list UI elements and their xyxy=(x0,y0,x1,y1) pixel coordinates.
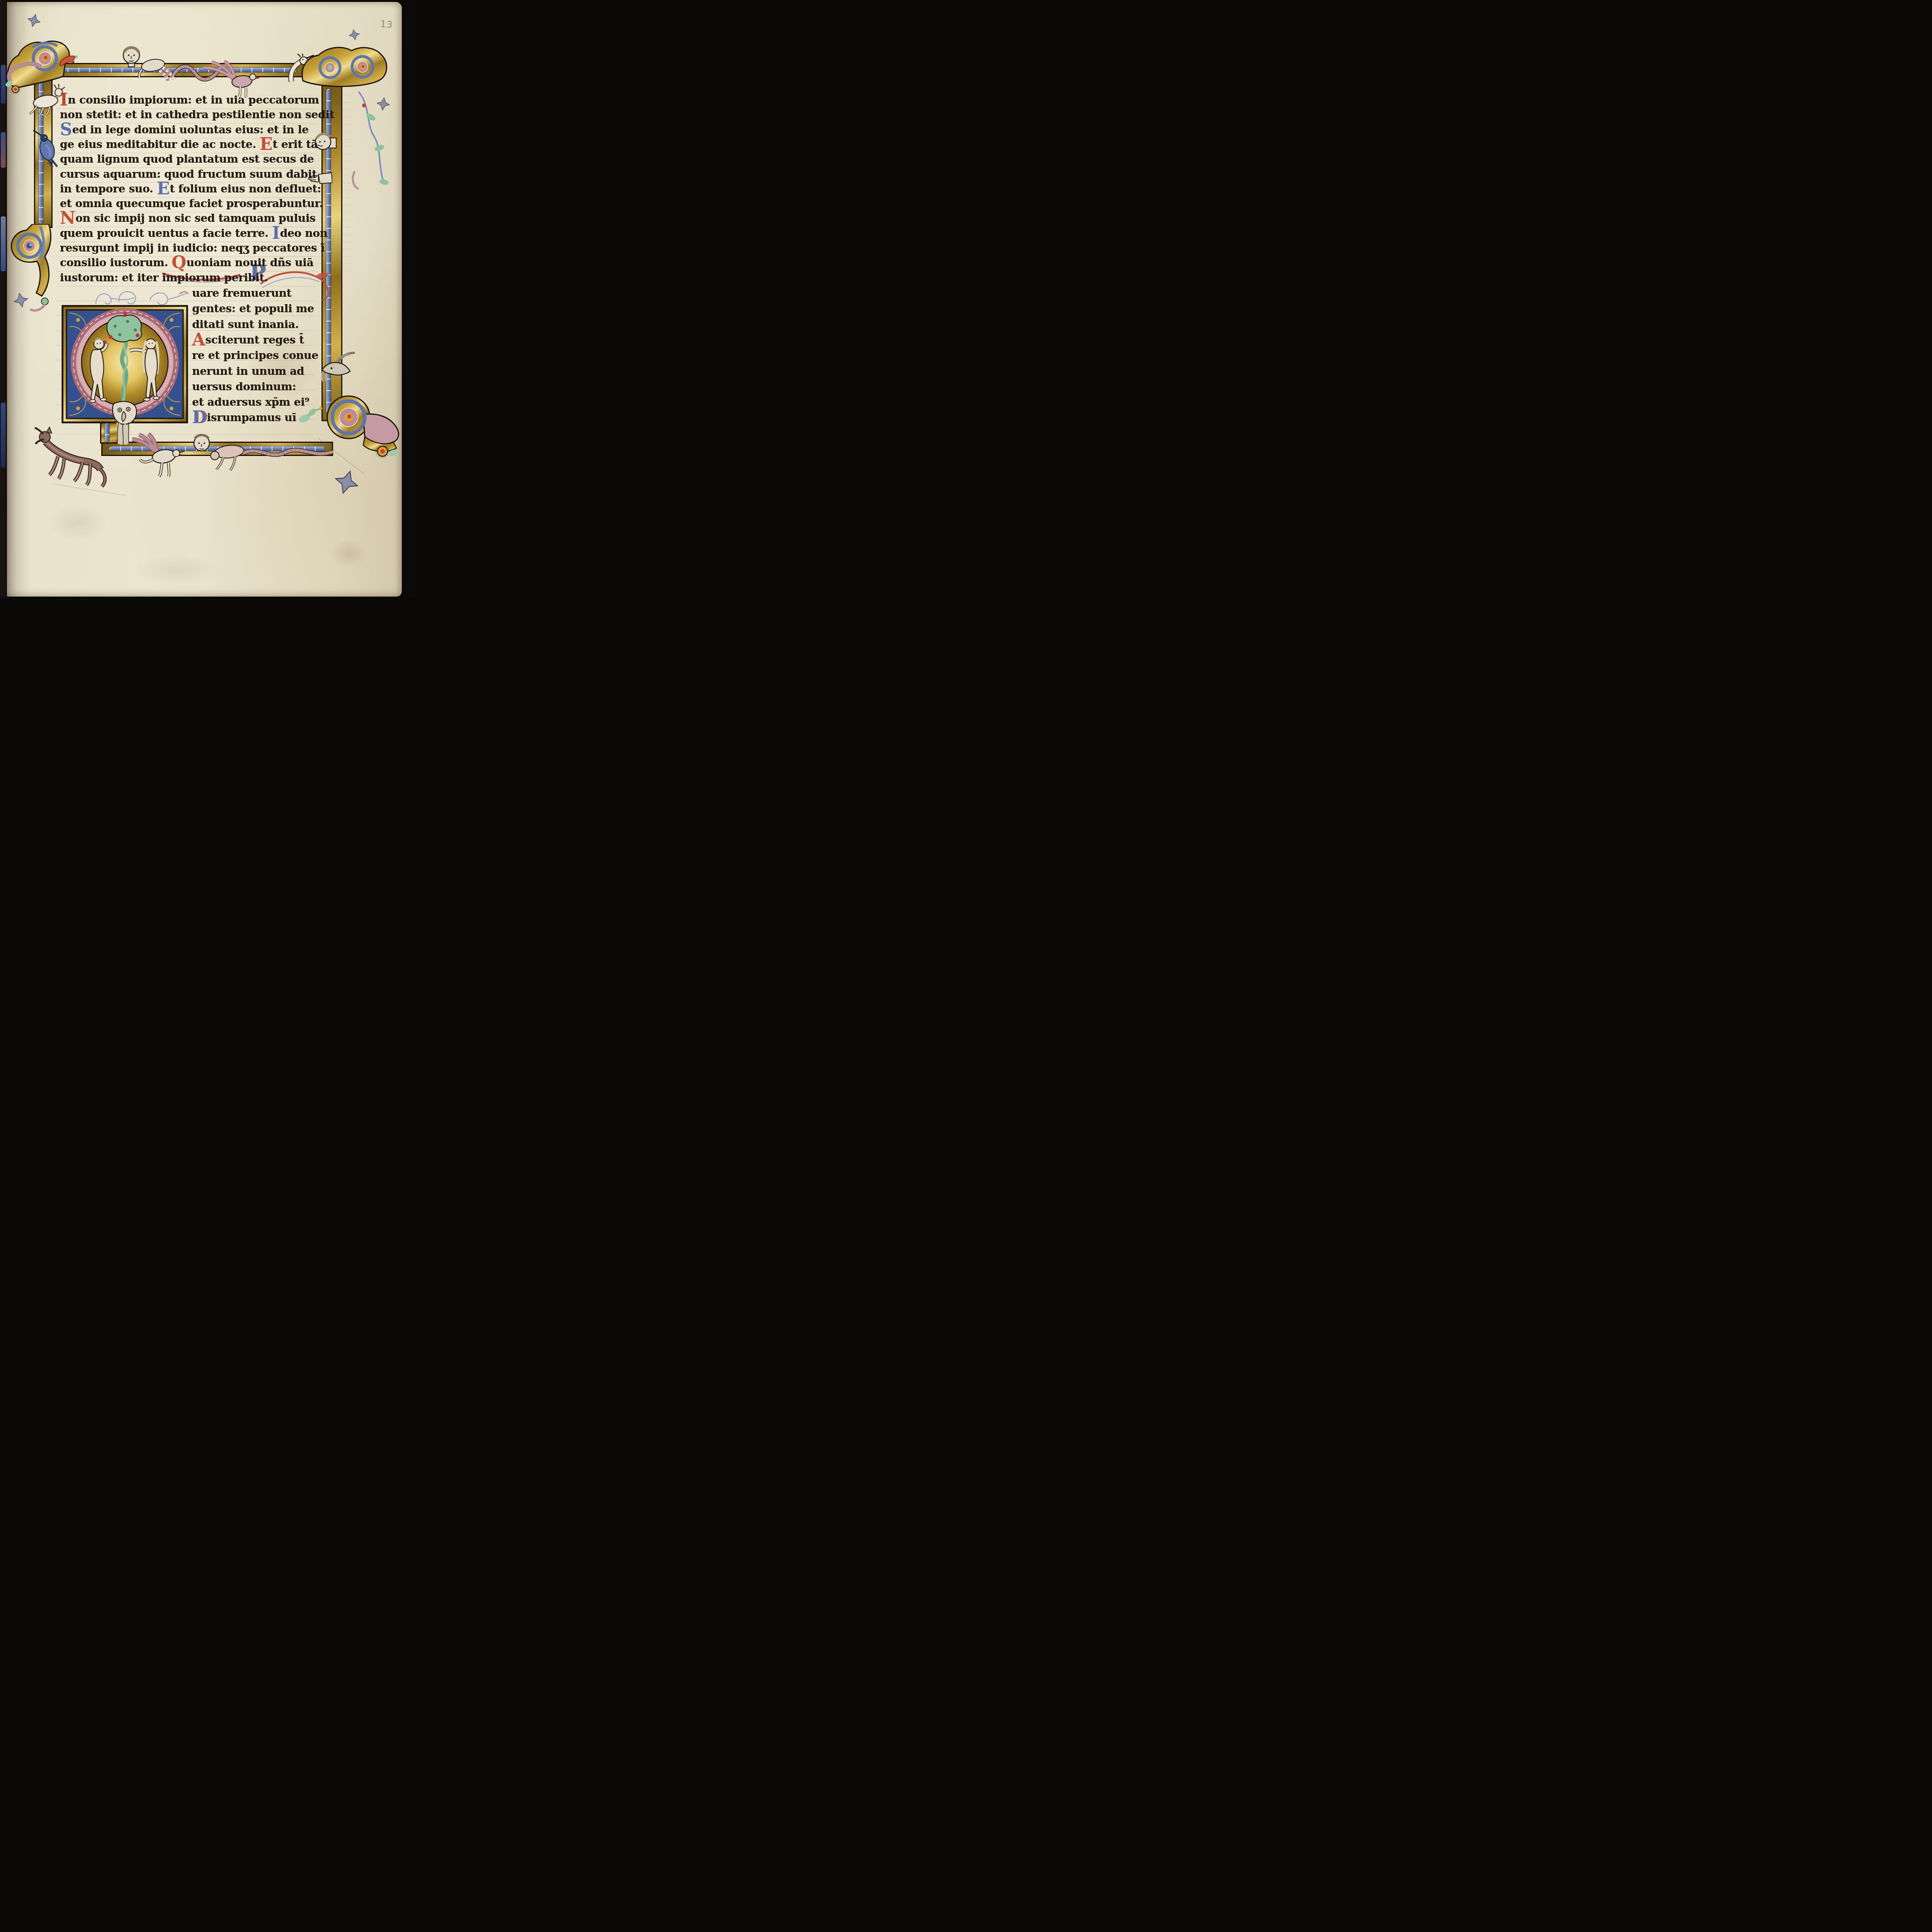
text-line: resurgunt impij in iudicio: neqʒ peccato… xyxy=(60,241,325,256)
right-border-vine xyxy=(347,90,389,192)
text-line: re et principes conue xyxy=(192,349,318,364)
text-line: quam lignum quod plantatum est secus de xyxy=(60,153,314,167)
corner-vines xyxy=(70,313,180,415)
adam-figure xyxy=(90,338,107,403)
star-leaf xyxy=(334,469,359,495)
facing-illumination-fragment xyxy=(1,216,6,271)
facing-illumination-fragment xyxy=(1,65,6,104)
tree-of-knowledge-and-serpent xyxy=(107,312,142,403)
text-line: ge eius meditabitur die ac nocte. Et eri… xyxy=(60,138,318,153)
facing-illumination-fragment xyxy=(1,132,6,168)
main-text-column: In consilio impiorum: et in uia peccator… xyxy=(60,94,315,287)
facing-page-sliver xyxy=(0,0,8,599)
wolf-marginalia xyxy=(34,422,109,490)
right-text-column: uare fremueruntgentes: et populi meditat… xyxy=(192,287,316,430)
frame-bottom-bar xyxy=(101,442,333,456)
text-line: et aduersus xp̄m ei⁹ xyxy=(192,396,309,411)
text-line: Disrumpamus uī xyxy=(192,411,296,427)
text-line: et omnia quecumque faciet prosperabuntur… xyxy=(60,197,323,212)
text-line: ditati sunt inania. xyxy=(192,318,299,333)
frame-descender-bar xyxy=(100,421,122,444)
manuscript-photo: 13 xyxy=(0,0,416,599)
frame-top-bar xyxy=(37,63,306,77)
text-line: quem prouicit uentus a facie terre. Ideo… xyxy=(60,227,328,241)
stain xyxy=(134,554,219,585)
folio-number: 13 xyxy=(380,19,393,30)
text-line: non stetit: et in cathedra pestilentie n… xyxy=(60,108,334,123)
star-leaf xyxy=(13,293,29,308)
text-line: consilio iustorum. Quoniam nouit dñs uiā xyxy=(60,256,313,271)
stain xyxy=(331,539,367,568)
facing-illumination-fragment xyxy=(1,403,6,468)
text-line: uersus dominum: xyxy=(192,380,296,396)
text-line: uare fremuerunt xyxy=(192,287,291,302)
historiated-initial-adam-eve xyxy=(61,304,189,424)
top-right-double-spiral xyxy=(300,44,391,94)
parchment-page: 13 xyxy=(7,2,402,597)
text-line: nerunt in unum ad xyxy=(192,365,304,380)
eve-figure xyxy=(130,339,159,401)
text-line: gentes: et populi me xyxy=(192,302,314,318)
stain xyxy=(49,504,107,541)
left-border-spiral-terminal xyxy=(9,224,61,313)
text-line: iustorum: et iter impiorum peribit. xyxy=(60,271,268,286)
text-line: cursus aquarum: quod fructum suum dabit xyxy=(60,168,317,182)
text-line: in tempore suo. Et folium eius non deflu… xyxy=(60,182,321,197)
star-leaf xyxy=(349,29,360,41)
text-line: Asciterunt reges t̄ xyxy=(192,333,304,349)
text-line: In consilio impiorum: et in uia peccator… xyxy=(60,94,319,108)
frame-right-bar xyxy=(321,81,342,421)
frame-left-bar xyxy=(34,75,53,228)
star-leaf xyxy=(27,14,41,27)
pen-filigree xyxy=(92,285,189,307)
hairline-scratch xyxy=(54,484,126,496)
star-leaf xyxy=(376,97,390,111)
